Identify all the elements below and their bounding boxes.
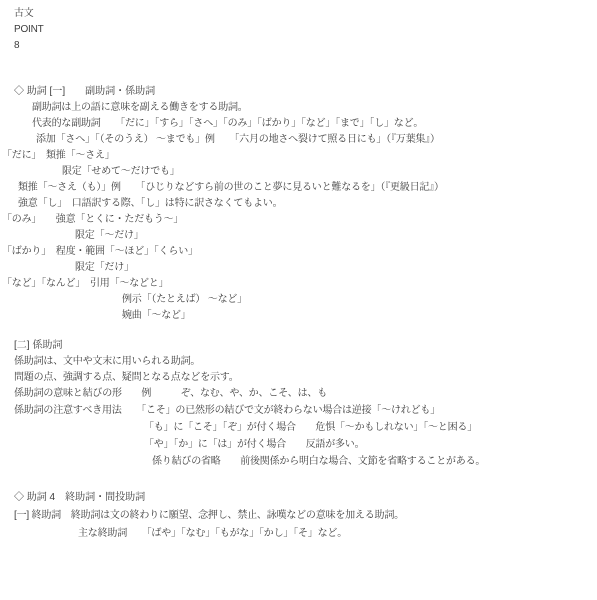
doc-line: 限定「せめて～だけでも」 bbox=[62, 164, 597, 180]
doc-line: 強意「し」 口語訳する際、「し」は特に訳さなくてもよい。 bbox=[18, 196, 597, 212]
doc-line: 限定「だけ」 bbox=[75, 260, 597, 276]
section-heading: ◇ 助詞 [一] 副助詞・係助詞 bbox=[14, 84, 597, 100]
doc-line: 問題の点、強調する点、疑問となる点などを示す。 bbox=[14, 370, 597, 386]
doc-line: 限定「～だけ」 bbox=[75, 228, 597, 244]
doc-meta-line: 古文 bbox=[14, 6, 597, 22]
document-text-block: 古文POINT8◇ 助詞 [一] 副助詞・係助詞副助詞は上の語に意味を副える働き… bbox=[0, 6, 597, 542]
document-page: 古文POINT8◇ 助詞 [一] 副助詞・係助詞副助詞は上の語に意味を副える働き… bbox=[0, 0, 597, 600]
doc-line: 係助詞は、文中や文末に用いられる助詞。 bbox=[14, 354, 597, 370]
doc-meta-line: POINT bbox=[14, 22, 597, 38]
doc-line: 「だに」 類推「～さえ」 bbox=[2, 148, 597, 164]
doc-line: [一] 終助詞 終助詞は文の終わりに願望、念押し、禁止、詠嘆などの意味を加える助… bbox=[14, 508, 597, 524]
doc-line: 婉曲「～など」 bbox=[122, 308, 597, 324]
doc-line: 係助詞の注意すべき用法 「こそ」の已然形の結びで文が終わらない場合は逆接「～けれ… bbox=[14, 403, 597, 419]
doc-line: 「も」に「こそ」「ぞ」が付く場合 危惧「～かもしれない」「～と困る」 bbox=[144, 420, 597, 436]
doc-meta-line: 8 bbox=[14, 38, 597, 54]
doc-line: 「など」「なんど」 引用「～などと」 bbox=[2, 276, 597, 292]
doc-line: 「のみ」 強意「とくに・ただもう～」 bbox=[2, 212, 597, 228]
doc-line: 副助詞は上の語に意味を副える働きをする助詞。 bbox=[32, 100, 597, 116]
section-heading: ◇ 助詞 4 終助詞・間投助詞 bbox=[14, 490, 597, 506]
section-heading: [二] 係助詞 bbox=[14, 338, 597, 354]
doc-line: 主な終助詞 「ばや」「なむ」「もがな」「かし」「そ」など。 bbox=[78, 526, 597, 542]
doc-line: 「ばかり」 程度・範囲「～ほど」「くらい」 bbox=[2, 244, 597, 260]
doc-line: 「や」「か」に「は」が付く場合 反語が多い。 bbox=[144, 437, 597, 453]
doc-line: 係り結びの省略 前後関係から明白な場合、文節を省略することがある。 bbox=[152, 454, 597, 470]
doc-line: 類推「～さえ（も）」例 「ひじりなどすら前の世のこと夢に見るいと難なるを」（『更… bbox=[18, 180, 597, 196]
doc-line: 例示「（たとえば） ～など」 bbox=[122, 292, 597, 308]
doc-line: 代表的な副助詞 「だに」「すら」「さへ」「のみ」「ばかり」「など」「まで」「し」… bbox=[32, 116, 597, 132]
doc-line: 係助詞の意味と結びの形 例 ぞ、なむ、や、か、こそ、は、も bbox=[14, 386, 597, 402]
doc-line: 添加「さへ」「（そのうえ） ～までも」例 「六月の地さへ裂けて照る日にも」（『万… bbox=[36, 132, 597, 148]
